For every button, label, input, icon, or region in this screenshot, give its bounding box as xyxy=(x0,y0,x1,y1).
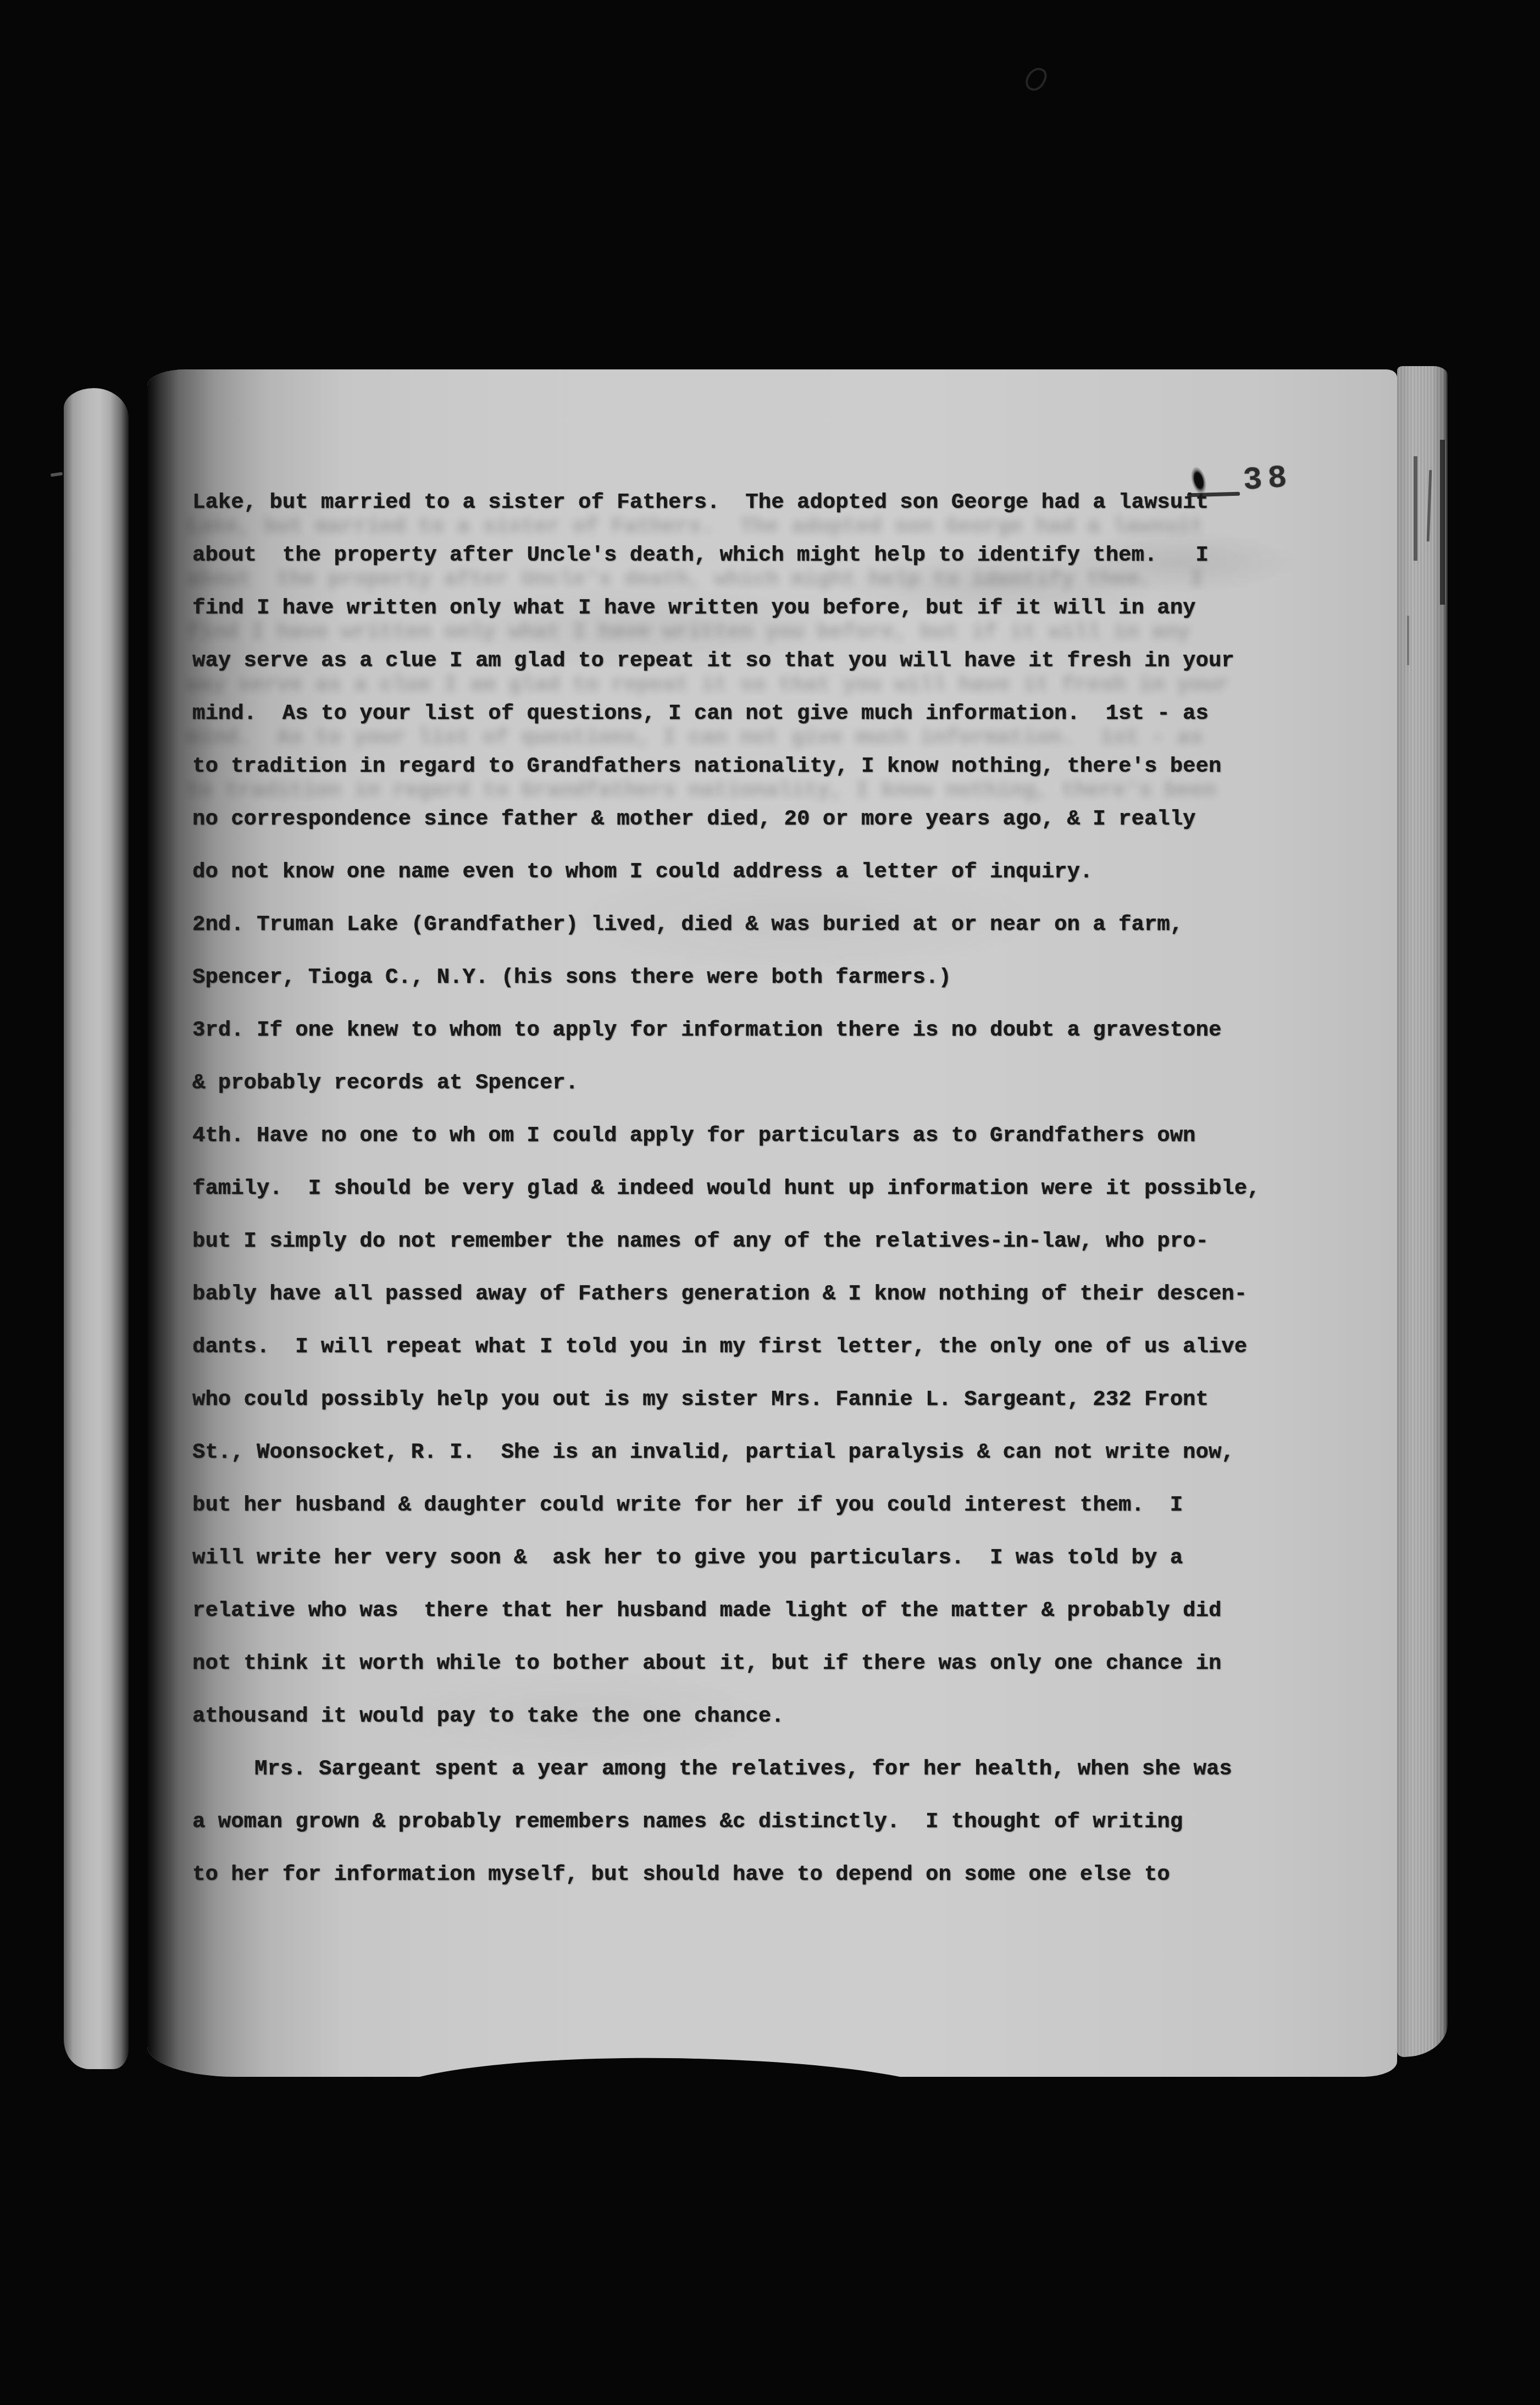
letter-line: not think it worth while to bother about… xyxy=(192,1637,1325,1690)
letter-line: family. I should be very glad & indeed w… xyxy=(192,1162,1325,1215)
letter-line: who could possibly help you out is my si… xyxy=(192,1373,1325,1426)
letter-line: to her for information myself, but shoul… xyxy=(192,1848,1325,1901)
letter-line: bably have all passed away of Fathers ge… xyxy=(192,1268,1325,1320)
letter-line: but I simply do not remember the names o… xyxy=(192,1215,1325,1268)
letter-line: athousand it would pay to take the one c… xyxy=(192,1690,1325,1743)
letter-line: a woman grown & probably remembers names… xyxy=(192,1795,1325,1848)
letter-line: to tradition in regard to Grandfathers n… xyxy=(192,740,1325,793)
letter-line: 4th. Have no one to wh om I could apply … xyxy=(192,1109,1325,1162)
letter-line: 2nd. Truman Lake (Grandfather) lived, di… xyxy=(192,898,1325,951)
fore-edge-streak xyxy=(1407,616,1409,665)
fore-edge-streak xyxy=(1440,440,1445,605)
letter-line: no correspondence since father & mother … xyxy=(192,793,1325,845)
letter-line: 3rd. If one knew to whom to apply for in… xyxy=(192,1004,1325,1057)
letter-body: Lake, but married to a sister of Fathers… xyxy=(192,476,1325,1901)
letter-line: Spencer, Tioga C., N.Y. (his sons there … xyxy=(192,951,1325,1004)
letter-line: relative who was there that her husband … xyxy=(192,1584,1325,1637)
fore-edge-streak xyxy=(1414,456,1417,561)
microfilm-scan: 38 Lake, but married to a sister of Fath… xyxy=(0,0,1540,2405)
letter-line: Lake, but married to a sister of Fathers… xyxy=(192,476,1325,529)
letter-line: dants. I will repeat what I told you in … xyxy=(192,1320,1325,1373)
film-scratch-mark xyxy=(51,472,63,477)
facing-page-edge xyxy=(64,388,129,2069)
letter-line: find I have written only what I have wri… xyxy=(192,582,1325,634)
letter-line: do not know one name even to whom I coul… xyxy=(192,845,1325,898)
letter-line: about the property after Uncle's death, … xyxy=(192,529,1325,582)
letter-line: mind. As to your list of questions, I ca… xyxy=(192,687,1325,740)
film-artifact xyxy=(1023,64,1050,94)
letter-line: Mrs. Sargeant spent a year among the rel… xyxy=(192,1743,1325,1795)
letter-line: & probably records at Spencer. xyxy=(192,1057,1325,1109)
letter-line: but her husband & daughter could write f… xyxy=(192,1479,1325,1532)
letter-line: St., Woonsocket, R. I. She is an invalid… xyxy=(192,1426,1325,1479)
letter-line: way serve as a clue I am glad to repeat … xyxy=(192,634,1325,687)
letter-line: will write her very soon & ask her to gi… xyxy=(192,1532,1325,1584)
book-fore-edge xyxy=(1397,366,1448,2057)
